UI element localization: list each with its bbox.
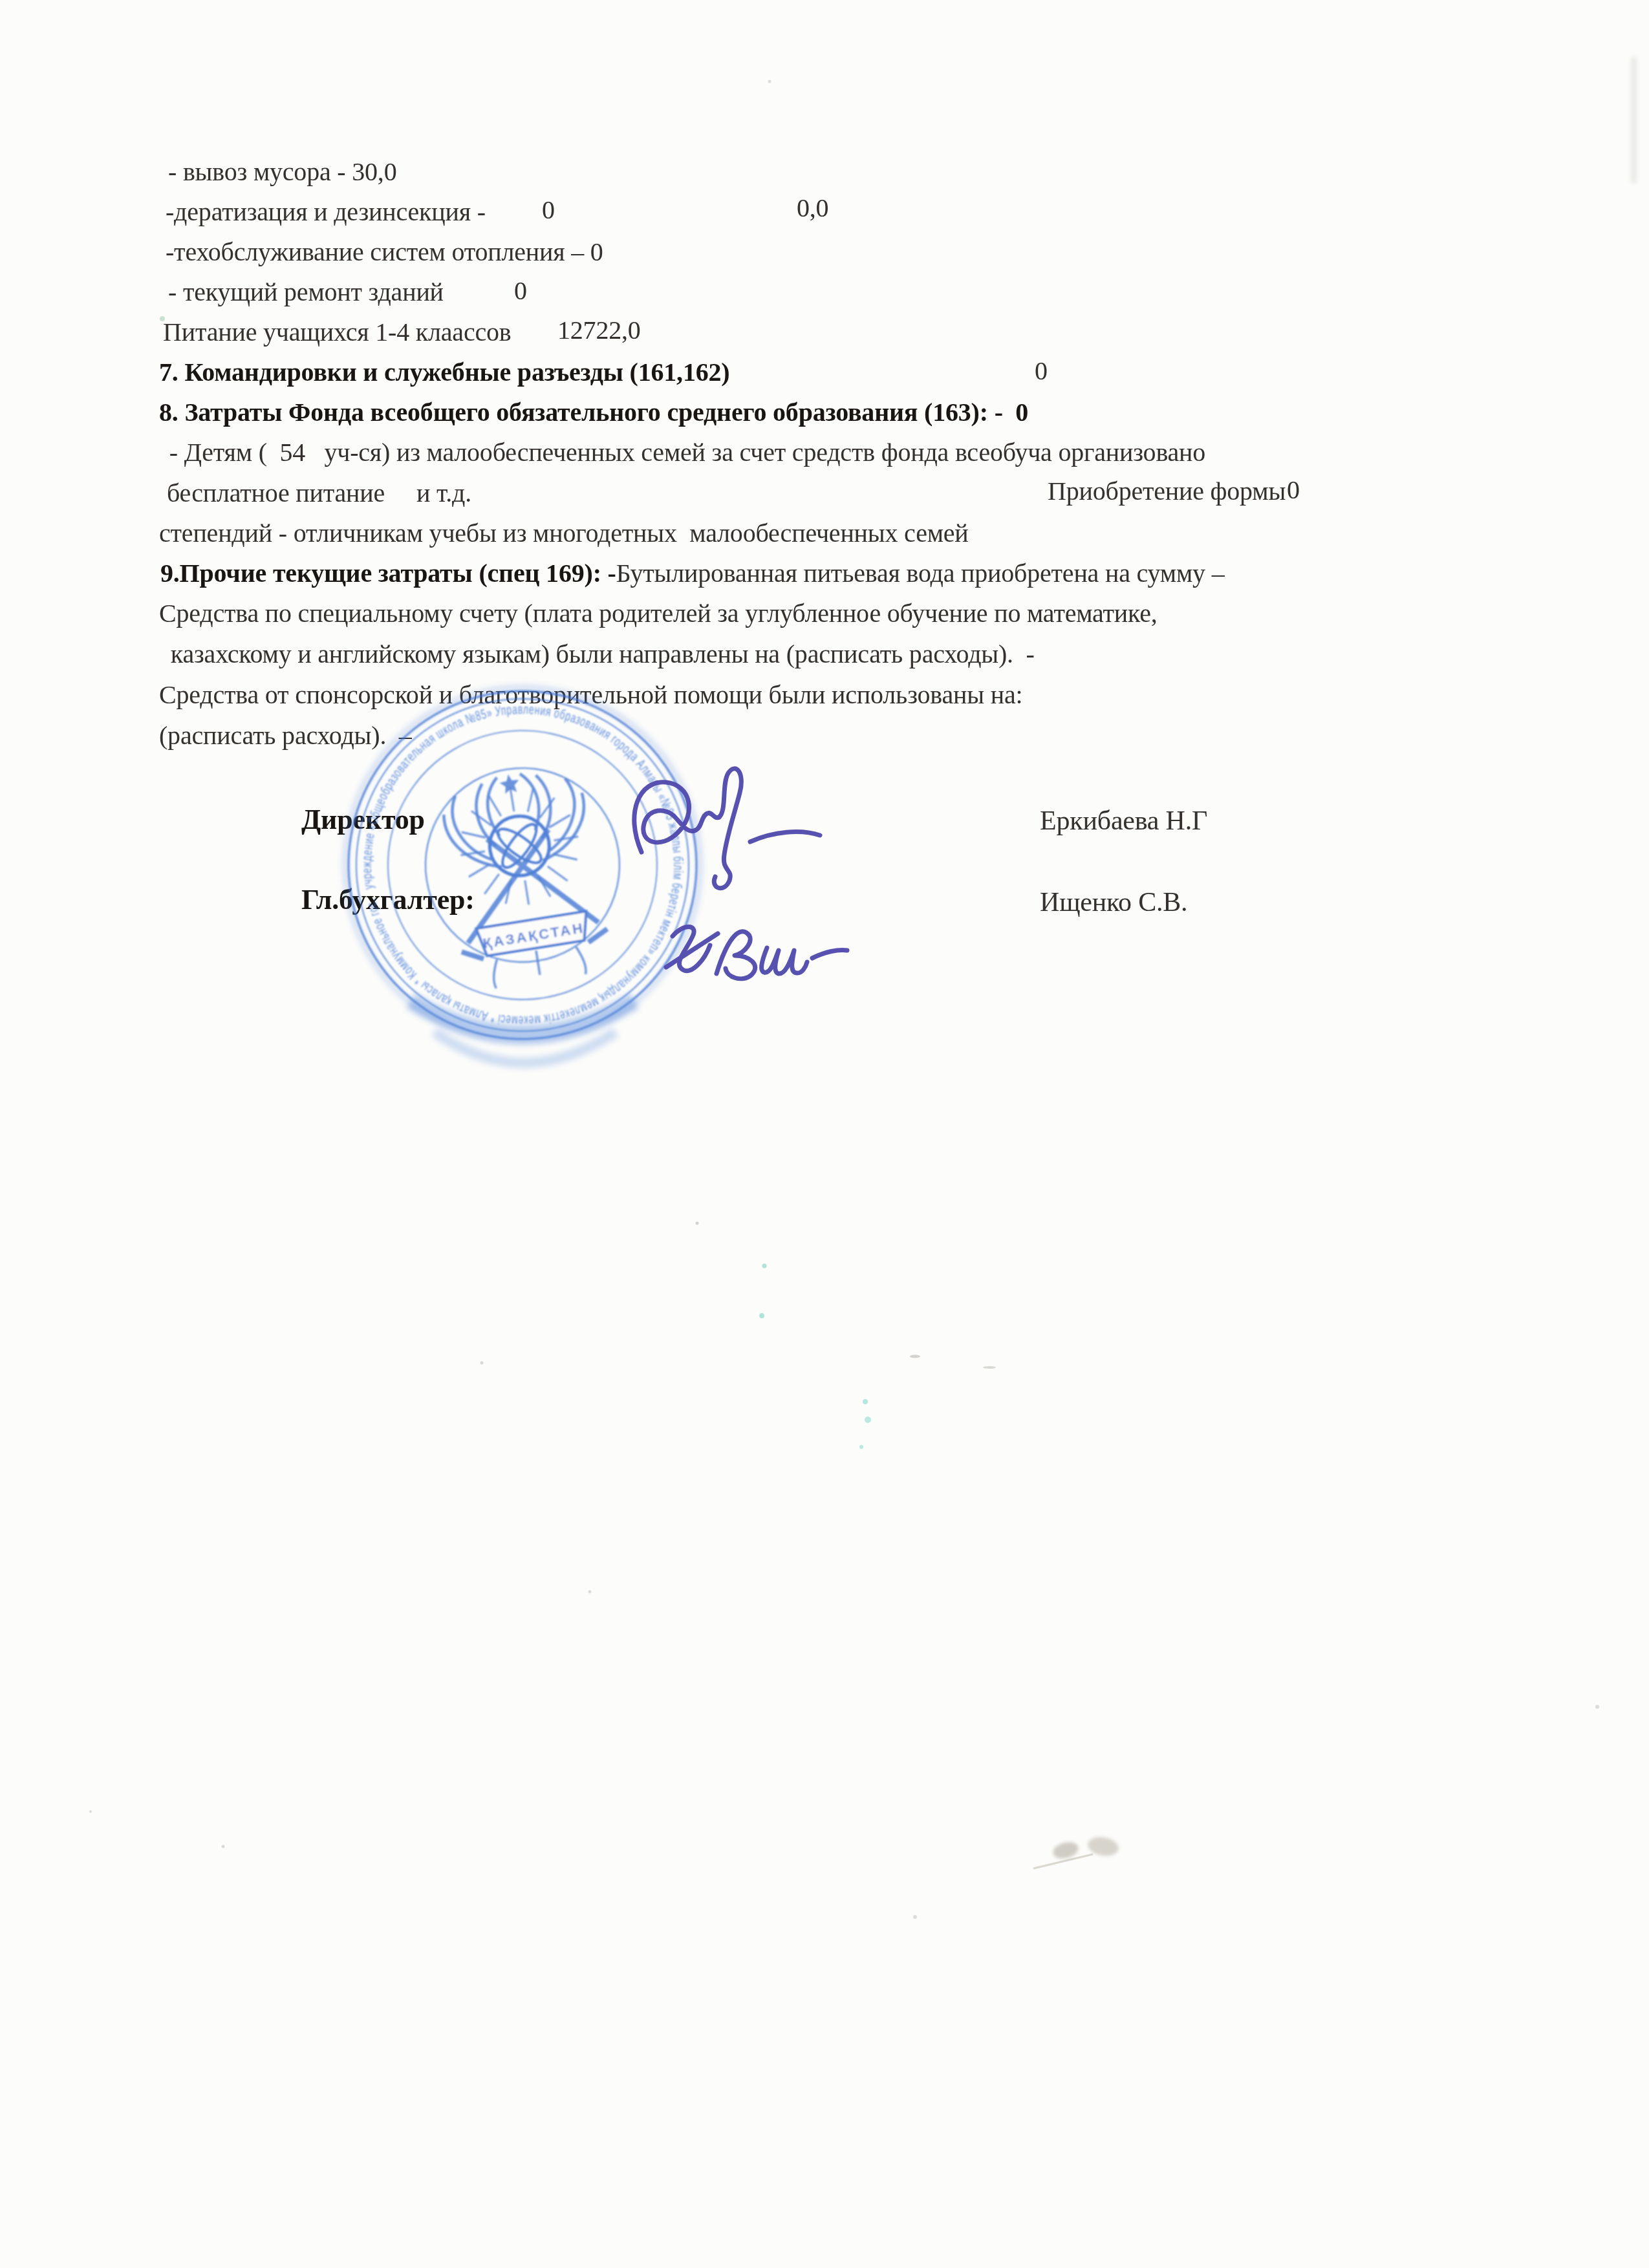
document-line: Питание учащихся 1-4 клаассов xyxy=(163,317,511,347)
scan-speck xyxy=(983,1366,996,1369)
scan-speck xyxy=(910,1355,920,1358)
document-line: 0 xyxy=(1035,356,1048,386)
text-segment: бесплатное питание и т.д. xyxy=(167,478,471,508)
document-line: 9.Прочие текущие затраты (спец 169): -Бу… xyxy=(160,559,1224,588)
accountant-signature xyxy=(666,927,847,979)
text-segment: 0,0 xyxy=(797,193,828,222)
document-line: 12722,0 xyxy=(557,316,641,345)
bold-text-segment: 7. Командировки и служебные разъезды (16… xyxy=(159,358,729,387)
director-name: Еркибаева Н.Г xyxy=(1040,806,1207,837)
document-line: 8. Затраты Фонда всеобщего обязательного… xyxy=(159,398,1028,427)
emblem-tassels xyxy=(490,943,587,989)
scan-speck xyxy=(863,1399,868,1404)
scan-speck xyxy=(768,80,771,83)
document-line: Приобретение формы xyxy=(1048,476,1286,506)
document-line: - вывоз мусора - 30,0 xyxy=(168,157,396,187)
accountant-label: Гл.бухгалтер: xyxy=(301,884,475,917)
text-segment: Питание учащихся 1-4 клаассов xyxy=(163,317,511,347)
scanned-document-page: - вывоз мусора - 30,0-дератизация и дези… xyxy=(0,0,1649,2268)
scan-edge-streak xyxy=(1631,57,1637,183)
document-line: 0 xyxy=(542,195,555,225)
document-line: степендий - отличникам учебы из многодет… xyxy=(159,519,969,548)
document-line: (расписать расходы). – xyxy=(159,721,412,751)
document-line: 0 xyxy=(1287,475,1300,505)
bold-text-segment: Директор xyxy=(301,804,425,835)
scan-speck xyxy=(913,1915,917,1919)
text-segment: Средства от спонсорской и благотворитель… xyxy=(159,680,1022,709)
document-line: Средства по специальному счету (плата ро… xyxy=(159,599,1158,628)
bold-text-segment: 9.Прочие текущие затраты (спец 169): - xyxy=(160,559,616,588)
document-line: бесплатное питание и т.д. xyxy=(167,478,471,508)
accountant-name: Ищенко С.В. xyxy=(1040,887,1187,918)
emblem-left-wing xyxy=(439,778,511,875)
emblem-shanyrak-icon xyxy=(486,812,554,880)
text-segment: - текущий ремонт зданий xyxy=(168,277,444,306)
kazakhstan-emblem: ҚАЗАҚСТАН xyxy=(435,763,614,993)
text-segment: Ищенко С.В. xyxy=(1040,888,1187,917)
emblem-right-wing xyxy=(520,765,592,862)
text-segment: 0 xyxy=(1035,356,1048,385)
text-segment: Приобретение формы xyxy=(1048,476,1286,506)
scan-speck xyxy=(865,1417,871,1423)
text-segment: Бутылированная питьевая вода приобретена… xyxy=(616,559,1225,588)
bold-text-segment: Гл.бухгалтер: xyxy=(301,884,475,915)
director-label: Директор xyxy=(301,804,425,837)
text-segment: -техобслуживание систем отопления – 0 xyxy=(166,237,603,266)
document-line: - текущий ремонт зданий xyxy=(168,277,444,307)
document-line: - Детям ( 54 уч-ся) из малообеспеченных … xyxy=(163,438,1205,467)
text-segment: 0 xyxy=(542,195,555,224)
scan-speck xyxy=(222,1845,225,1848)
text-segment: -дератизация и дезинсекция - xyxy=(166,197,486,226)
stamp-bottom-smear xyxy=(411,1001,634,1063)
scan-speck xyxy=(588,1590,592,1594)
text-segment: степендий - отличникам учебы из многодет… xyxy=(159,519,969,548)
scan-speck xyxy=(859,1445,863,1449)
text-segment: Средства по специальному счету (плата ро… xyxy=(159,599,1158,628)
scan-specks xyxy=(89,80,1599,1920)
emblem-banner: ҚАЗАҚСТАН xyxy=(477,911,591,956)
document-line: казахскому и английскому языкам) были на… xyxy=(164,639,1035,669)
scan-speck xyxy=(480,1362,484,1365)
document-line: -дератизация и дезинсекция - xyxy=(166,197,486,227)
document-line: 0 xyxy=(514,276,527,306)
emblem-star-icon xyxy=(499,773,521,794)
bold-text-segment: 8. Затраты Фонда всеобщего обязательного… xyxy=(159,398,1028,427)
scan-speck xyxy=(762,1264,767,1268)
text-segment: казахскому и английскому языкам) были на… xyxy=(164,639,1035,669)
director-signature xyxy=(634,769,820,888)
text-segment: (расписать расходы). – xyxy=(159,721,412,750)
document-line: 7. Командировки и служебные разъезды (16… xyxy=(159,358,729,387)
stamp-bin-ring-text-holder: БСН/БИН: 961140001101 БСН/БИН: 961140001… xyxy=(370,712,676,1018)
text-segment: - Детям ( 54 уч-ся) из малообеспеченных … xyxy=(163,438,1205,467)
text-segment: Еркибаева Н.Г xyxy=(1040,806,1207,836)
text-segment: - вывоз мусора - 30,0 xyxy=(168,157,396,186)
stamp-bin-ring-text: БСН/БИН: 961140001101 БСН/БИН: 961140001… xyxy=(370,712,676,1018)
text-segment: 0 xyxy=(1287,475,1300,504)
stamp-banner-text: ҚАЗАҚСТАН xyxy=(482,919,586,952)
text-segment: 0 xyxy=(514,276,527,305)
scan-speck xyxy=(1595,1705,1599,1709)
scan-speck xyxy=(89,1810,92,1813)
scan-speck xyxy=(696,1222,699,1225)
document-line: -техобслуживание систем отопления – 0 xyxy=(166,237,603,267)
document-line: 0,0 xyxy=(797,193,828,223)
ink-smudge xyxy=(1033,1835,1120,1868)
scan-speck xyxy=(759,1313,764,1318)
text-segment: 12722,0 xyxy=(557,316,641,345)
document-line: Средства от спонсорской и благотворитель… xyxy=(159,680,1022,710)
